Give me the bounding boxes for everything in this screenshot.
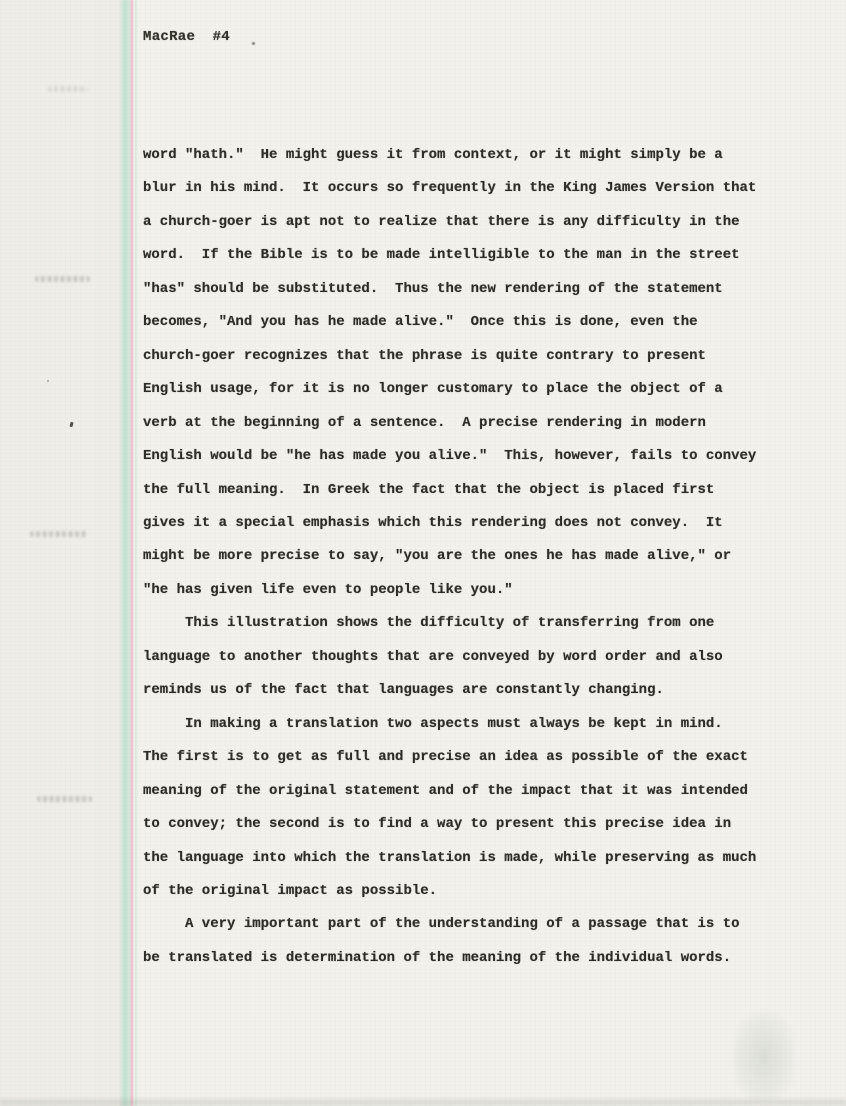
body-paragraph-2: This illustration shows the difficulty o… bbox=[143, 607, 803, 707]
page-header: MacRae #4 bbox=[143, 29, 230, 45]
page-edge-cyan-line bbox=[119, 0, 131, 1106]
margin-smudge bbox=[48, 86, 88, 92]
scanned-document-page: MacRae #4 word "hath." He might guess it… bbox=[0, 0, 846, 1106]
ink-speck bbox=[252, 42, 255, 45]
scan-edge-shadow bbox=[0, 1096, 846, 1106]
ink-speck bbox=[47, 380, 49, 382]
page-edge-pink-line bbox=[131, 0, 133, 1106]
body-paragraph-4: A very important part of the understandi… bbox=[143, 908, 803, 975]
body-paragraph-3: In making a translation two aspects must… bbox=[143, 708, 803, 909]
typewritten-body: word "hath." He might guess it from cont… bbox=[143, 139, 803, 975]
body-paragraph-1: word "hath." He might guess it from cont… bbox=[143, 139, 803, 607]
margin-smudge bbox=[37, 796, 92, 802]
page-edge-faint-line bbox=[135, 0, 137, 1106]
margin-smudge bbox=[35, 276, 90, 282]
scanner-left-margin bbox=[0, 0, 131, 1106]
margin-smudge bbox=[30, 531, 88, 537]
scan-smudge bbox=[733, 1012, 795, 1102]
